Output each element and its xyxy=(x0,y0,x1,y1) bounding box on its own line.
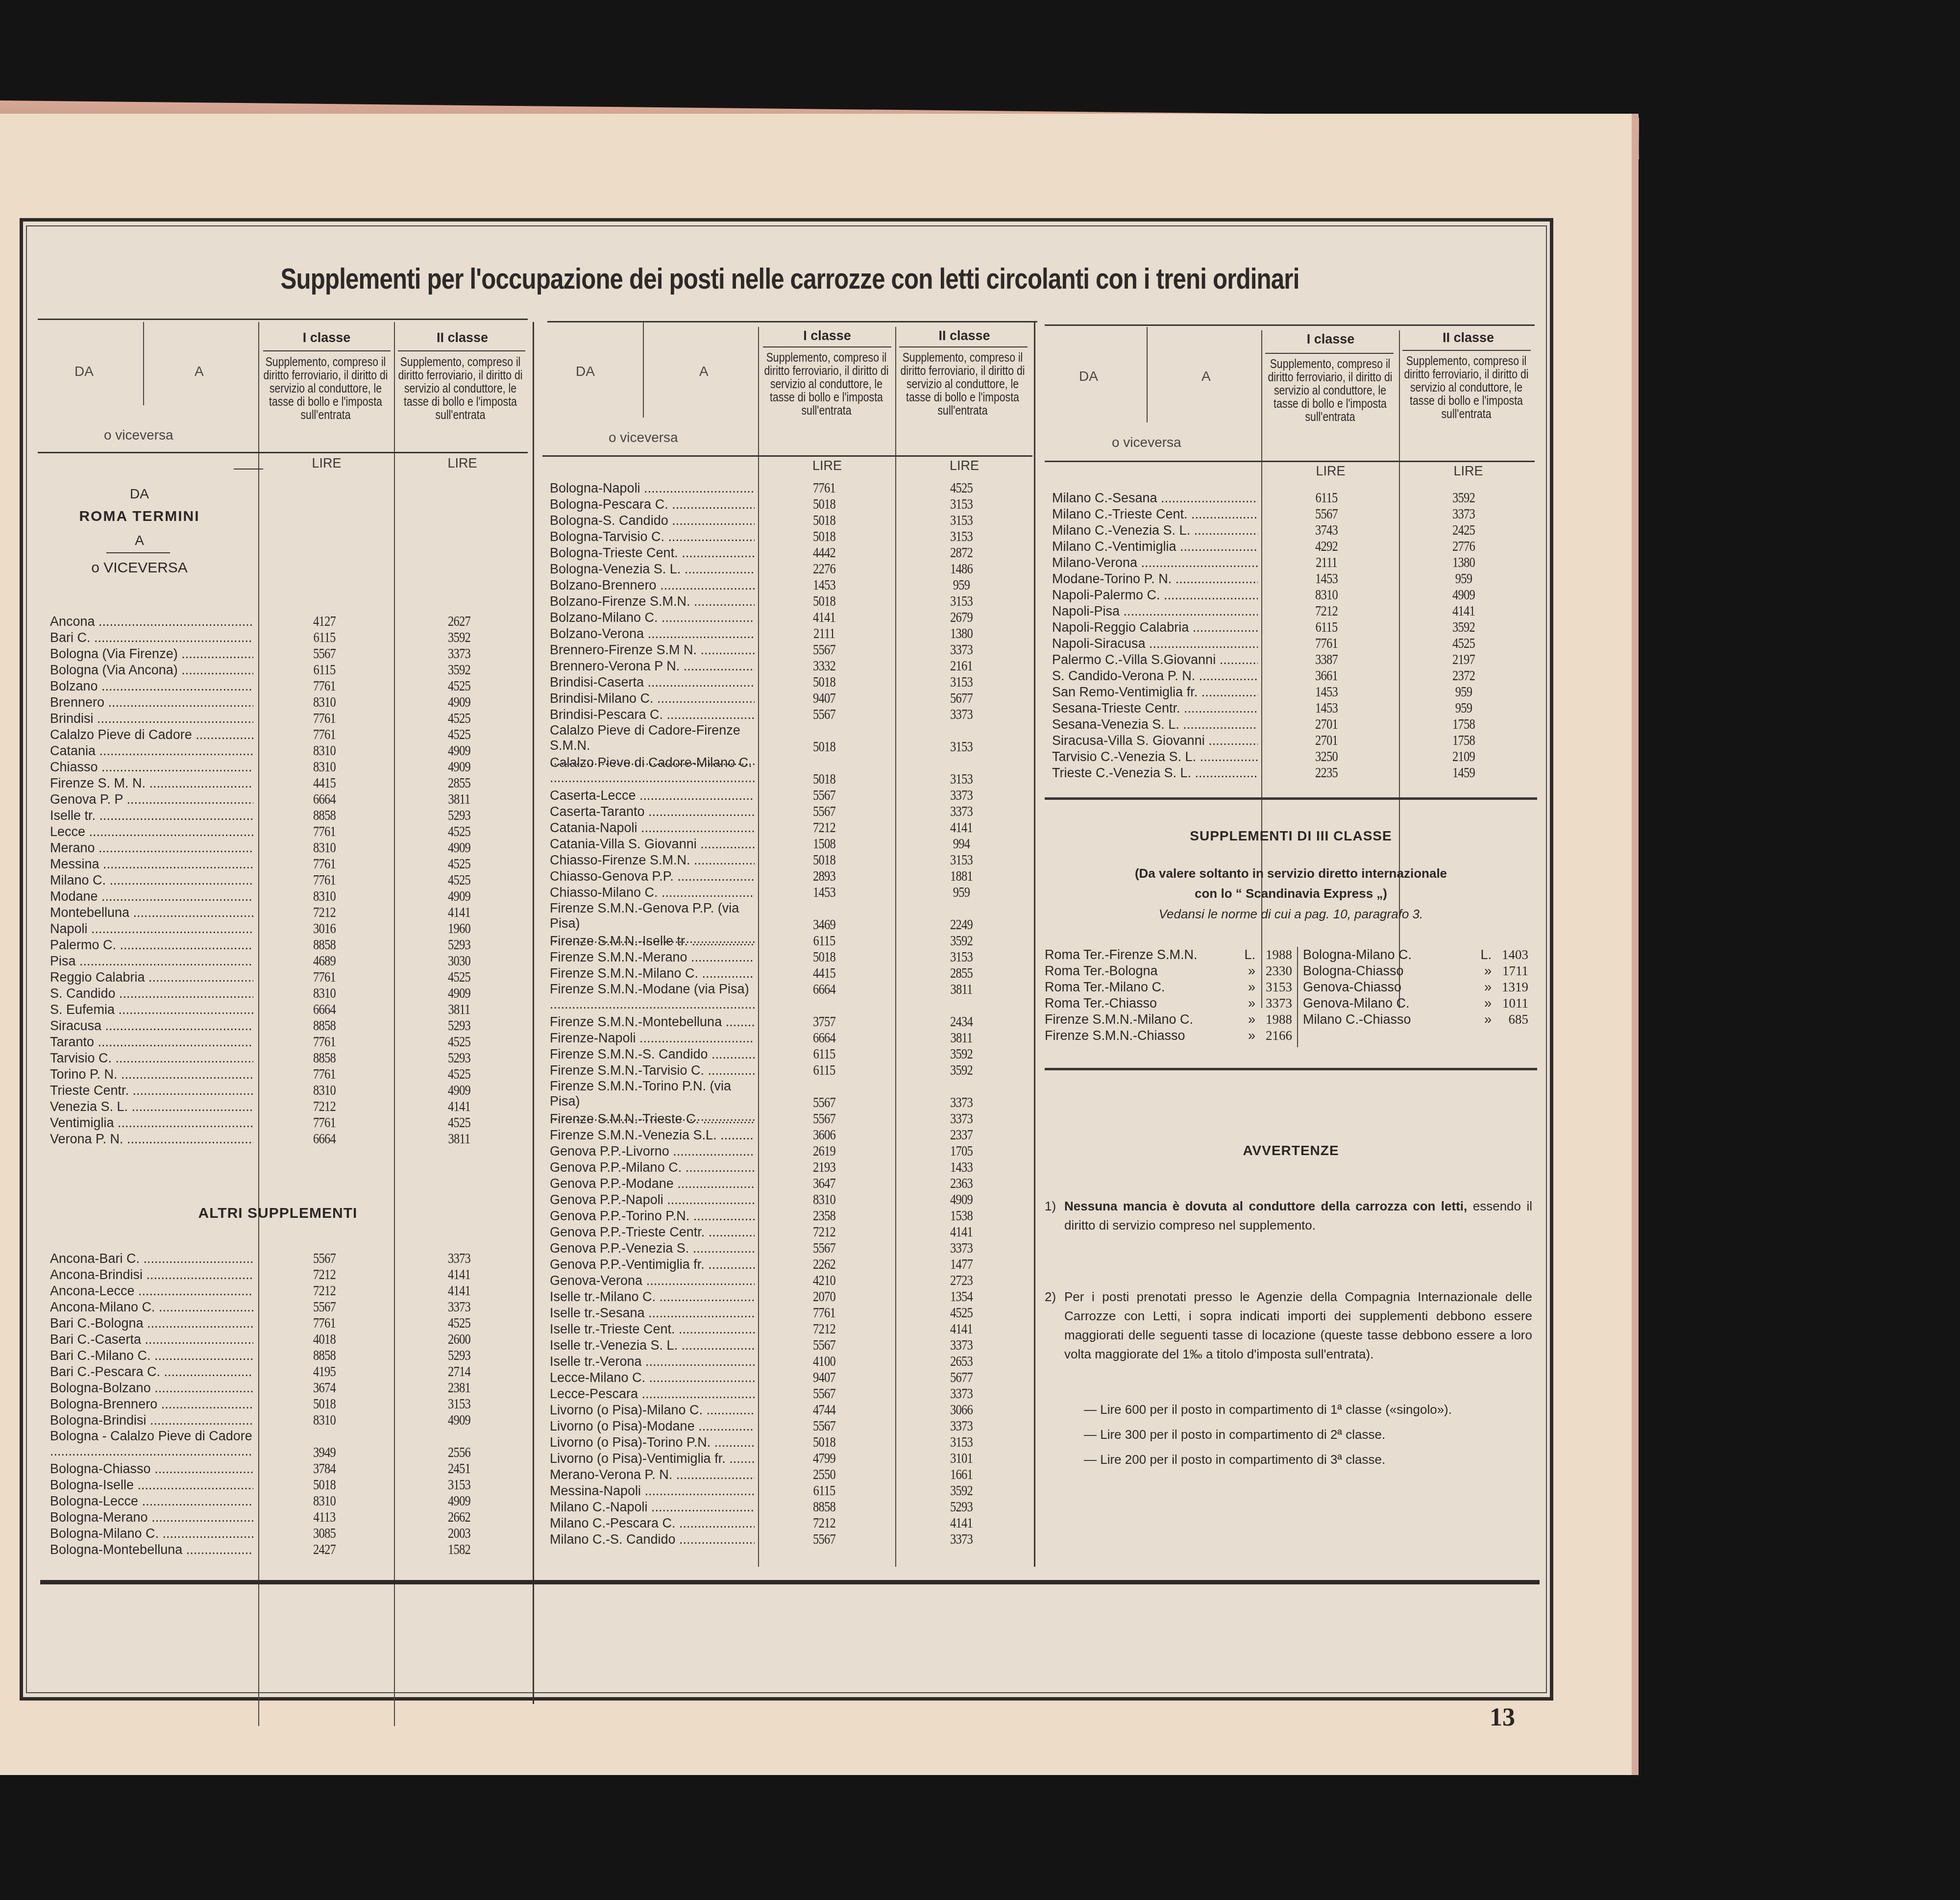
table-row: Milano C. ..............................… xyxy=(50,872,530,888)
route-name: Merano .................................… xyxy=(50,840,253,856)
route-name: Brindisi-Pescara C. ....................… xyxy=(550,707,755,723)
class-2-price: 2372 xyxy=(1410,668,1518,684)
route-name: Brindisi ...............................… xyxy=(50,711,253,727)
table-row: Milano C.-Ventimiglia ..................… xyxy=(1052,539,1537,555)
table-row: Iselle tr.-Verona ......................… xyxy=(550,1354,1030,1370)
table-row: Genova P.P.-Modane .....................… xyxy=(550,1176,1030,1192)
class-1-price: 7212 xyxy=(770,820,879,836)
route-name: Firenze S.M.N.-S. Candido ..............… xyxy=(550,1046,755,1062)
class-1-price: 3387 xyxy=(1273,652,1381,668)
table-row: Iselle tr.-Sesana ......................… xyxy=(550,1305,1030,1321)
route-name: Bologna-Iselle .........................… xyxy=(50,1477,253,1493)
class-2-price: 3153 xyxy=(907,1434,1016,1451)
third-class-row: Roma Ter.-Milano C.»3153 xyxy=(1045,979,1295,995)
class-2-price: 3373 xyxy=(405,1299,514,1315)
third-class-row: Roma Ter.-Chiasso»3373 xyxy=(1045,995,1295,1012)
price-value: 2330 xyxy=(1266,963,1292,979)
route-name: Bologna-Chiasso ........................… xyxy=(50,1461,253,1477)
class-2-price: 3153 xyxy=(907,771,1016,788)
class-2-price: 3153 xyxy=(907,496,1016,513)
class-2-price: 3101 xyxy=(907,1451,1016,1467)
class-2-price: 5293 xyxy=(907,1499,1016,1515)
class-2-price: 4525 xyxy=(405,727,514,743)
table-row: Bologna-Pescara C. .....................… xyxy=(550,496,1030,513)
class-1-price: 4018 xyxy=(270,1332,379,1348)
table-row: Bologna (Via Firenze) ..................… xyxy=(50,646,530,662)
class-2-price: 5293 xyxy=(405,1018,514,1034)
third-class-row: Roma Ter.-Firenze S.M.N.L.1988 xyxy=(1045,947,1295,963)
class-1-price: 6115 xyxy=(770,1062,879,1079)
table-row: Ancona-Bari C. .........................… xyxy=(50,1251,530,1267)
class-1-price: 8310 xyxy=(270,840,379,856)
table-row: Brennero-Firenze S.M N. ................… xyxy=(550,642,1030,658)
third-class-row: Genova-Milano C.»1011 xyxy=(1303,995,1531,1012)
table-row: Livorno (o Pisa)-Torino P.N. ...........… xyxy=(550,1434,1030,1451)
route-name: Livorno (o Pisa)-Torino P.N. ...........… xyxy=(550,1434,755,1451)
route-name: Taranto ................................… xyxy=(50,1034,253,1050)
route-name: Bari C.-Bologna ........................… xyxy=(50,1315,253,1332)
class-1-price: 8310 xyxy=(270,888,379,905)
route-name: Chiasso ................................… xyxy=(50,759,253,775)
class-2-price: 3592 xyxy=(1410,619,1518,636)
table-row: Bologna-Napoli .........................… xyxy=(550,480,1030,496)
route-name: Roma Ter.-Bologna xyxy=(1045,963,1158,978)
class-1-price: 1453 xyxy=(1273,684,1381,700)
route-name: Reggio Calabria ........................… xyxy=(50,969,253,986)
table-row: Bologna-Montebelluna ...................… xyxy=(50,1542,530,1558)
class-1-price: 8858 xyxy=(270,937,379,953)
table-row: Bologna - Calalzo Pieve di Cadore ......… xyxy=(50,1429,530,1461)
route-name: Bolzano-Brennero .......................… xyxy=(550,577,755,593)
route-name: Bologna-Pescara C. .....................… xyxy=(550,496,755,513)
class-1-price: 5018 xyxy=(270,1477,379,1493)
avvertenze-item-2-number: 2) xyxy=(1045,1287,1064,1307)
table-row: Milano-Verona ..........................… xyxy=(1052,555,1537,571)
route-name: Livorno (o Pisa)-Milano C. .............… xyxy=(550,1402,755,1418)
table-row: Milano C.-Trieste Cent. ................… xyxy=(1052,506,1537,522)
third-class-row: Firenze S.M.N.-Milano C.»1988 xyxy=(1045,1012,1295,1028)
table-row: Bologna-Lecce ..........................… xyxy=(50,1493,530,1509)
supplement-table-frame: Supplementi per l'occupazione dei posti … xyxy=(20,218,1553,1701)
table-row: Chiasso-Genova P.P. ....................… xyxy=(550,868,1030,885)
block-divider xyxy=(533,322,534,1704)
table-row: Messina ................................… xyxy=(50,856,530,872)
price-prefix: » xyxy=(1248,979,1255,995)
class-2-price: 4909 xyxy=(907,1192,1016,1208)
avvertenze-item-1-bold: Nessuna mancia è dovuta al conduttore de… xyxy=(1064,1199,1467,1213)
route-name: Catania-Napoli .........................… xyxy=(550,820,755,836)
class-underline xyxy=(899,346,1028,347)
route-name: Firenze S.M.N.-Trieste C. ..............… xyxy=(550,1111,755,1127)
class-2-price: 959 xyxy=(1410,571,1518,587)
class-1-price: 5018 xyxy=(770,739,879,755)
class-1-price: 8310 xyxy=(270,759,379,775)
route-name: Firenze-Napoli .........................… xyxy=(550,1030,755,1046)
class-1-price: 8858 xyxy=(270,808,379,824)
header-bottom-rule xyxy=(1045,461,1535,462)
table-row: Ventimiglia ............................… xyxy=(50,1115,530,1131)
class-2-price: 1477 xyxy=(907,1257,1016,1273)
table-row: Bolzano-Firenze S.M.N. .................… xyxy=(550,593,1030,610)
class-2-price: 4525 xyxy=(405,856,514,872)
class-2-price: 4525 xyxy=(405,1034,514,1050)
class-2-price: 1433 xyxy=(907,1160,1016,1176)
table-row: Lecce-Milano C. ........................… xyxy=(550,1370,1030,1386)
class-1-price: 8310 xyxy=(770,1192,879,1208)
class-1-price: 7761 xyxy=(270,969,379,986)
class-1-price: 6115 xyxy=(770,1046,879,1062)
route-name: Palermo C. .............................… xyxy=(50,937,253,953)
class-2-price: 1705 xyxy=(907,1143,1016,1160)
class-1-price: 4415 xyxy=(270,775,379,791)
class-1-price: 8310 xyxy=(270,694,379,711)
route-name: Roma Ter.-Chiasso xyxy=(1045,996,1157,1011)
route-name: Palermo C.-Villa S.Giovanni ............… xyxy=(1052,652,1258,668)
class-1-price: 4195 xyxy=(270,1364,379,1380)
class-1-price: 7761 xyxy=(1273,636,1381,652)
route-name: Venezia S. L. ..........................… xyxy=(50,1099,253,1115)
class-1-price: 2427 xyxy=(270,1542,379,1558)
class-underline xyxy=(1265,353,1394,354)
class-2-price: 3373 xyxy=(405,1251,514,1267)
class-1-price: 7761 xyxy=(270,1315,379,1332)
table-row: Brindisi-Pescara C. ....................… xyxy=(550,707,1030,723)
class-2-price: 5293 xyxy=(405,1050,514,1066)
table-row: Iselle tr.-Milano C. ...................… xyxy=(550,1289,1030,1305)
price-prefix: » xyxy=(1248,995,1255,1012)
altri-supplementi-heading: ALTRI SUPPLEMENTI xyxy=(23,1205,533,1222)
class-2-price: 1661 xyxy=(907,1467,1016,1483)
route-name: Lecce ..................................… xyxy=(50,824,253,840)
class-2-price: 3153 xyxy=(907,674,1016,691)
class-2-price: 4141 xyxy=(405,1099,514,1115)
table-row: Milano C.-Napoli .......................… xyxy=(550,1499,1030,1515)
class-2-price: 2714 xyxy=(405,1364,514,1380)
class-2-price: 1758 xyxy=(1410,733,1518,749)
route-name: Ancona-Bari C. .........................… xyxy=(50,1251,253,1267)
class-1-price: 8310 xyxy=(270,986,379,1002)
table-row: Firenze S.M.N.-Merano ..................… xyxy=(550,949,1030,965)
fee-item: — Lire 300 per il posto in compartimento… xyxy=(1084,1425,1532,1444)
class-1-price: 2070 xyxy=(770,1289,879,1305)
class-1-price: 9407 xyxy=(770,1370,879,1386)
class-2-price: 4525 xyxy=(405,969,514,986)
class-2-price: 2855 xyxy=(907,965,1016,982)
third-class-heading: SUPPLEMENTI DI III CLASSE xyxy=(1045,828,1537,844)
header-class-2: II classe xyxy=(395,330,530,345)
bottom-rule xyxy=(40,1580,1540,1584)
class-2-price: 2003 xyxy=(405,1526,514,1542)
price-prefix: L. xyxy=(1244,947,1255,963)
table-row: Ancona .................................… xyxy=(50,614,530,630)
class-1-price: 7212 xyxy=(270,1099,379,1115)
route-name: Bologna - Calalzo Pieve di Cadore ......… xyxy=(50,1429,253,1459)
block-divider xyxy=(1034,322,1035,1567)
route-name: Bologna-Lecce ..........................… xyxy=(50,1493,253,1509)
route-name: Genova P.P.-Milano C. ..................… xyxy=(550,1160,755,1176)
da-a-divider xyxy=(1147,327,1148,422)
class-2-price: 5293 xyxy=(405,1348,514,1364)
header-da: DA xyxy=(1079,369,1098,384)
header-bottom-rule xyxy=(542,455,1032,457)
class-2-description: Supplemento, compreso il diritto ferrovi… xyxy=(398,356,523,422)
class-1-price: 6115 xyxy=(270,662,379,678)
route-name: Milano-Verona ..........................… xyxy=(1052,555,1258,571)
class-1-price: 6115 xyxy=(270,630,379,646)
table-row: Messina-Napoli .........................… xyxy=(550,1483,1030,1499)
class-1-price: 5567 xyxy=(770,707,879,723)
class-2-price: 4525 xyxy=(405,678,514,694)
class-1-price: 1453 xyxy=(1273,700,1381,716)
class-2-price: 3811 xyxy=(907,982,1016,998)
route-name: Genova P.P.-Modane .....................… xyxy=(550,1176,755,1192)
header-a: A xyxy=(1201,369,1211,384)
price-value: 3153 xyxy=(1266,979,1292,995)
section-rule xyxy=(1045,1068,1537,1070)
route-name: Firenze S.M.N.-Montebelluna ............… xyxy=(550,1014,755,1030)
class-1-price: 6115 xyxy=(1273,490,1381,506)
currency-label: LIRE xyxy=(1262,464,1399,479)
section-rule xyxy=(1045,797,1537,800)
table-row: Milano C.-Venezia S. L. ................… xyxy=(1052,522,1537,539)
table-row: Bologna-Brennero .......................… xyxy=(50,1396,530,1412)
table-row: Napoli .................................… xyxy=(50,921,530,937)
class-2-price: 959 xyxy=(907,885,1016,901)
table-row: Torino P. N. ...........................… xyxy=(50,1066,530,1083)
table-row: Bologna-Bolzano ........................… xyxy=(50,1380,530,1396)
route-name: Genova P.P.-Torino P.N. ................… xyxy=(550,1208,755,1224)
class-2-price: 3153 xyxy=(907,949,1016,965)
class-2-price: 3373 xyxy=(907,1111,1016,1127)
class-2-price: 4141 xyxy=(907,1224,1016,1240)
class-1-price: 6664 xyxy=(270,791,379,808)
class-1-price: 5567 xyxy=(770,804,879,820)
class-1-price: 5018 xyxy=(770,949,879,965)
route-name: Bologna-Venezia S. L. ..................… xyxy=(550,561,755,577)
header-top-rule xyxy=(1045,324,1535,326)
class-1-price: 7761 xyxy=(270,711,379,727)
class-1-price: 6115 xyxy=(1273,619,1381,636)
class-1-price: 4113 xyxy=(270,1509,379,1526)
route-name: Milano C. ..............................… xyxy=(50,872,253,888)
class-1-price: 4127 xyxy=(270,614,379,630)
class-1-price: 4799 xyxy=(770,1451,879,1467)
route-name: Iselle tr.-Milano C. ...................… xyxy=(550,1289,755,1305)
route-name: Brennero-Verona P N. ...................… xyxy=(550,658,755,674)
class-1-price: 6115 xyxy=(770,933,879,949)
table-row: S. Eufemia .............................… xyxy=(50,1002,530,1018)
route-name: Bolzano-Verona .........................… xyxy=(550,626,755,642)
route-name: Ancona .................................… xyxy=(50,614,253,630)
class-2-price: 4525 xyxy=(405,1315,514,1332)
table-row: Bologna-Trieste Cent. ..................… xyxy=(550,545,1030,561)
da-a-divider xyxy=(643,322,644,418)
route-name: Caserta-Taranto ........................… xyxy=(550,804,755,820)
route-name: Napoli .................................… xyxy=(50,921,253,937)
route-name: Firenze S.M.N.-Merano ..................… xyxy=(550,949,755,965)
altri-list-col1: Ancona-Bari C. .........................… xyxy=(50,1251,530,1558)
route-name: Sesana-Venezia S. L. ...................… xyxy=(1052,716,1258,733)
class-1-price: 6115 xyxy=(770,1483,879,1499)
table-row: Iselle tr.-Trieste Cent. ...............… xyxy=(550,1321,1030,1337)
class-1-price: 3647 xyxy=(770,1176,879,1192)
class-underline xyxy=(398,350,525,351)
class-1-price: 7212 xyxy=(270,1283,379,1299)
table-row: Lecce ..................................… xyxy=(50,824,530,840)
route-name: Genova P.P.-Venezia S. .................… xyxy=(550,1240,755,1257)
table-row: Palermo C.-Villa S.Giovanni ............… xyxy=(1052,652,1537,668)
class-2-price: 4525 xyxy=(907,1305,1016,1321)
route-name: Bolzano-Milano C. ......................… xyxy=(550,610,755,626)
class-1-price: 2358 xyxy=(770,1208,879,1224)
class-2-price: 2109 xyxy=(1410,749,1518,765)
class-2-price: 2451 xyxy=(405,1461,514,1477)
table-row: Bologna-Brindisi .......................… xyxy=(50,1412,530,1429)
table-row: Genova P.P.-Trieste Centr. .............… xyxy=(550,1224,1030,1240)
table-row: Modane-Torino P. N. ....................… xyxy=(1052,571,1537,587)
class-2-price: 4525 xyxy=(405,872,514,888)
short-rule xyxy=(234,469,263,469)
price-value: 3373 xyxy=(1266,995,1292,1012)
route-name: Bolzano ................................… xyxy=(50,678,253,694)
page-title: Supplementi per l'occupazione dei posti … xyxy=(161,262,1419,296)
route-name: Modane-Torino P. N. ....................… xyxy=(1052,571,1258,587)
class-2-price: 2855 xyxy=(405,775,514,791)
route-name: Iselle tr.-Venezia S. L. ...............… xyxy=(550,1337,755,1354)
class-2-price: 1380 xyxy=(1410,555,1518,571)
route-name: Bari C. ................................… xyxy=(50,630,253,646)
table-row: Ancona-Milano C. .......................… xyxy=(50,1299,530,1315)
class-1-price: 8310 xyxy=(270,1083,379,1099)
table-row: Montebelluna ...........................… xyxy=(50,905,530,921)
table-row: Tarvisio C.-Venezia S. L. ..............… xyxy=(1052,749,1537,765)
class-1-price: 6664 xyxy=(270,1131,379,1147)
route-name: Trieste Centr. .........................… xyxy=(50,1083,253,1099)
class-1-price: 7761 xyxy=(270,1115,379,1131)
class-1-price: 1453 xyxy=(1273,571,1381,587)
third-class-reference: Vedansi le norme di cui a pag. 10, parag… xyxy=(1045,907,1537,922)
table-row: Bari C. ................................… xyxy=(50,630,530,646)
table-row: Sesana-Trieste Centr. ..................… xyxy=(1052,700,1537,716)
class-2-price: 3373 xyxy=(907,1095,1016,1111)
price-value: 1988 xyxy=(1266,947,1292,963)
route-name: Iselle tr.-Sesana ......................… xyxy=(550,1305,755,1321)
route-name: Firenze S.M.N.-Venezia S.L. ............… xyxy=(550,1127,755,1143)
price-value: 1988 xyxy=(1266,1012,1292,1028)
route-name: Firenze S.M.N.-Tarvisio C. .............… xyxy=(550,1062,755,1079)
class-2-price: 3030 xyxy=(405,953,514,969)
class-2-price: 3373 xyxy=(907,788,1016,804)
class-1-price: 2701 xyxy=(1273,733,1381,749)
class-1-price: 6664 xyxy=(770,982,879,998)
class-1-price: 5567 xyxy=(1273,506,1381,522)
table-row: Palermo C. .............................… xyxy=(50,937,530,953)
fee-item: — Lire 200 per il posto in compartimento… xyxy=(1084,1450,1532,1469)
route-name: Milano C.-Sesana .......................… xyxy=(1052,490,1258,506)
avvertenze-item-1: Nessuna mancia è dovuta al conduttore de… xyxy=(1064,1197,1532,1235)
route-name: S. Eufemia .............................… xyxy=(50,1002,253,1018)
route-name: Torino P. N. ...........................… xyxy=(50,1066,253,1083)
table-row: Verona P. N. ...........................… xyxy=(50,1131,530,1147)
class-1-price: 4292 xyxy=(1273,539,1381,555)
class-2-price: 1582 xyxy=(405,1542,514,1558)
class-2-price: 3153 xyxy=(405,1396,514,1412)
price-value: 1319 xyxy=(1502,979,1528,995)
class-2-price: 3153 xyxy=(907,513,1016,529)
table-row: Brennero ...............................… xyxy=(50,694,530,711)
class-1-price: 6664 xyxy=(270,1002,379,1018)
class-2-price: 3153 xyxy=(907,529,1016,545)
class-2-price: 2197 xyxy=(1410,652,1518,668)
route-name: Napoli-Siracusa ........................… xyxy=(1052,636,1258,652)
class-1-price: 2111 xyxy=(770,626,879,642)
da-a-divider xyxy=(143,322,144,405)
class-1-price: 4689 xyxy=(270,953,379,969)
table-row: Brindisi ...............................… xyxy=(50,711,530,727)
currency-label: LIRE xyxy=(759,458,895,473)
table-row: Firenze S.M.N.-Montebelluna ............… xyxy=(550,1014,1030,1030)
third-class-list-left: Roma Ter.-Firenze S.M.N.L.1988Roma Ter.-… xyxy=(1045,947,1297,1044)
table-row: Napoli-Pisa ............................… xyxy=(1052,603,1537,619)
header-a: A xyxy=(699,364,709,379)
route-name: Brennero ...............................… xyxy=(50,694,253,711)
class-2-price: 4909 xyxy=(405,986,514,1002)
table-row: Chiasso-Firenze S.M.N. .................… xyxy=(550,852,1030,868)
roma-viceversa: o VICEVERSA xyxy=(23,560,256,576)
table-row: Bari C.-Caserta ........................… xyxy=(50,1332,530,1348)
table-row: Chiasso-Milano C. ......................… xyxy=(550,885,1030,901)
class-2-price: 4141 xyxy=(405,905,514,921)
third-class-row: Milano C.-Chiasso»685 xyxy=(1303,1012,1531,1028)
route-name: Bologna-Bolzano ........................… xyxy=(50,1380,253,1396)
class-2-price: 4141 xyxy=(907,1515,1016,1531)
route-name: Lecce-Pescara ..........................… xyxy=(550,1386,755,1402)
route-name: Iselle tr.-Trieste Cent. ...............… xyxy=(550,1321,755,1337)
class-1-price: 5018 xyxy=(270,1396,379,1412)
class-underline xyxy=(1402,350,1531,351)
route-name: Bologna (Via Ancona) ...................… xyxy=(50,662,253,678)
class-2-price: 3153 xyxy=(907,852,1016,868)
class-2-price: 4909 xyxy=(405,888,514,905)
class-1-price: 5567 xyxy=(770,1386,879,1402)
table-row: Napoli-Reggio Calabria .................… xyxy=(1052,619,1537,636)
route-name: Genova P. P ............................… xyxy=(50,791,253,808)
class-1-price: 9407 xyxy=(770,691,879,707)
route-name: Firenze S. M. N. .......................… xyxy=(50,775,253,791)
roma-a: A xyxy=(23,533,256,548)
class-1-price: 4210 xyxy=(770,1273,879,1289)
fee-item: — Lire 600 per il posto in compartimento… xyxy=(1084,1400,1532,1419)
route-name: S. Candido-Verona P. N. ................… xyxy=(1052,668,1258,684)
currency-label: LIRE xyxy=(395,456,530,471)
table-row: Firenze S.M.N.-Modane (via Pisa) .......… xyxy=(550,982,1030,1014)
table-row: Genova P.P.-Milano C. ..................… xyxy=(550,1160,1030,1176)
class-2-price: 3373 xyxy=(907,804,1016,820)
route-name: S. Candido .............................… xyxy=(50,986,253,1002)
class-2-price: 4141 xyxy=(907,1321,1016,1337)
table-row: Caserta-Taranto ........................… xyxy=(550,804,1030,820)
table-row: Firenze S.M.N.-Venezia S.L. ............… xyxy=(550,1127,1030,1143)
table-row: Caserta-Lecce ..........................… xyxy=(550,788,1030,804)
route-name: Pisa ...................................… xyxy=(50,953,253,969)
route-name: Caserta-Lecce ..........................… xyxy=(550,788,755,804)
class-1-price: 7761 xyxy=(270,824,379,840)
route-name: Tarvisio C.-Venezia S. L. ..............… xyxy=(1052,749,1258,765)
class-1-price: 5018 xyxy=(770,852,879,868)
class-1-price: 5567 xyxy=(770,1337,879,1354)
route-name: Chiasso-Genova P.P. ....................… xyxy=(550,868,755,885)
route-name: Chiasso-Milano C. ......................… xyxy=(550,885,755,901)
